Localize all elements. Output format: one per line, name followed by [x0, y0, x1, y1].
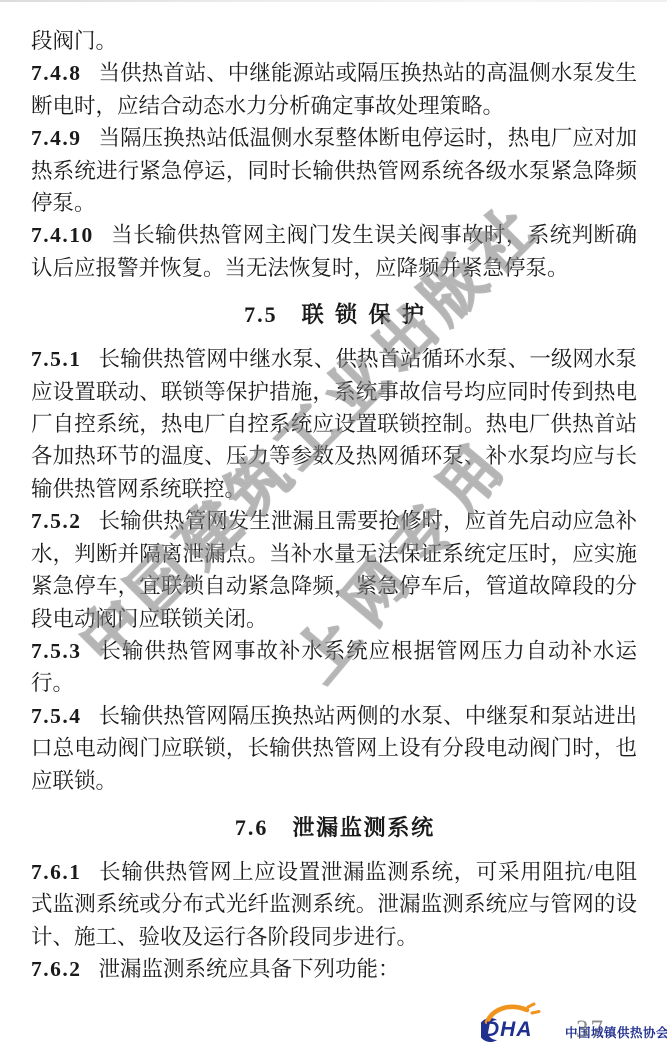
section-title: 泄漏监测系统 [292, 815, 435, 840]
clause-number: 7.4.9 [31, 126, 82, 150]
section-number: 7.5 [244, 302, 278, 327]
clause-number: 7.5.4 [31, 704, 82, 728]
clause-number: 7.5.3 [31, 639, 82, 663]
clause-number: 7.4.8 [31, 61, 82, 85]
association-logo: DHA 中国城镇供热协会 [481, 1002, 663, 1054]
clause-text: 当隔压换热站低温侧水泵整体断电停运时，热电厂应对加热系统进行紧急停运，同时长输供… [31, 126, 637, 215]
clause-text: 长输供热管网隔压换热站两侧的水泵、中继泵和泵站进出口总电动阀门应联锁，长输供热管… [31, 704, 637, 793]
section-heading-7-5: 7.5联锁保护 [31, 298, 637, 331]
clause-text: 长输供热管网事故补水系统应根据管网压力自动补水运行。 [31, 639, 637, 695]
clause-7-6-1: 7.6.1长输供热管网上应设置泄漏监测系统，可采用阻抗/电阻式监测系统或分布式光… [31, 856, 637, 953]
section-heading-7-6: 7.6泄漏监测系统 [31, 811, 637, 844]
clause-text: 长输供热管网上应设置泄漏监测系统，可采用阻抗/电阻式监测系统或分布式光纤监测系统… [31, 860, 637, 949]
clause-7-4-8: 7.4.8当供热首站、中继能源站或隔压换热站的高温侧水泵发生断电时，应结合动态水… [31, 57, 637, 122]
clause-text: 长输供热管网发生泄漏且需要抢修时，应首先启动应急补水，判断并隔离泄漏点。当补水量… [31, 509, 637, 630]
page-number: 37 [576, 1016, 605, 1044]
clause-7-5-1: 7.5.1长输供热管网中继水泵、供热首站循环水泵、一级网水泵应设置联动、联锁等保… [31, 343, 637, 505]
clause-number: 7.6.2 [31, 957, 82, 981]
clause-number: 7.4.10 [31, 223, 94, 247]
scan-artifact-top-edge [0, 0, 667, 2]
clause-7-5-4: 7.5.4长输供热管网隔压换热站两侧的水泵、中继泵和泵站进出口总电动阀门应联锁，… [31, 700, 637, 797]
clause-text: 当长输供热管网主阀门发生误关阀事故时，系统判断确认后应报警并恢复。当无法恢复时，… [31, 223, 637, 279]
clause-text: 泄漏监测系统应具备下列功能： [99, 957, 400, 981]
logo-acronym: DHA [484, 1018, 533, 1042]
clause-text: 长输供热管网中继水泵、供热首站循环水泵、一级网水泵应设置联动、联锁等保护措施，系… [31, 347, 637, 501]
clause-7-5-2: 7.5.2长输供热管网发生泄漏且需要抢修时，应首先启动应急补水，判断并隔离泄漏点… [31, 505, 637, 635]
clause-7-5-3: 7.5.3长输供热管网事故补水系统应根据管网压力自动补水运行。 [31, 635, 637, 700]
section-number: 7.6 [235, 815, 269, 840]
paragraph-continuation: 段阀门。 [31, 25, 637, 57]
clause-number: 7.6.1 [31, 860, 82, 884]
clause-number: 7.5.2 [31, 509, 82, 533]
clause-7-4-9: 7.4.9当隔压换热站低温侧水泵整体断电停运时，热电厂应对加热系统进行紧急停运，… [31, 122, 637, 219]
clause-number: 7.5.1 [31, 347, 82, 371]
clause-text: 当供热首站、中继能源站或隔压换热站的高温侧水泵发生断电时，应结合动态水力分析确定… [31, 61, 637, 117]
document-body: 段阀门。 7.4.8当供热首站、中继能源站或隔压换热站的高温侧水泵发生断电时，应… [0, 0, 667, 986]
clause-7-6-2: 7.6.2泄漏监测系统应具备下列功能： [31, 953, 637, 985]
section-title: 联锁保护 [302, 302, 436, 327]
clause-text: 段阀门。 [31, 29, 117, 53]
scanned-standard-page: { "blocks": [ { "type": "continuation", … [0, 0, 667, 1058]
clause-7-4-10: 7.4.10当长输供热管网主阀门发生误关阀事故时，系统判断确认后应报警并恢复。当… [31, 219, 637, 284]
